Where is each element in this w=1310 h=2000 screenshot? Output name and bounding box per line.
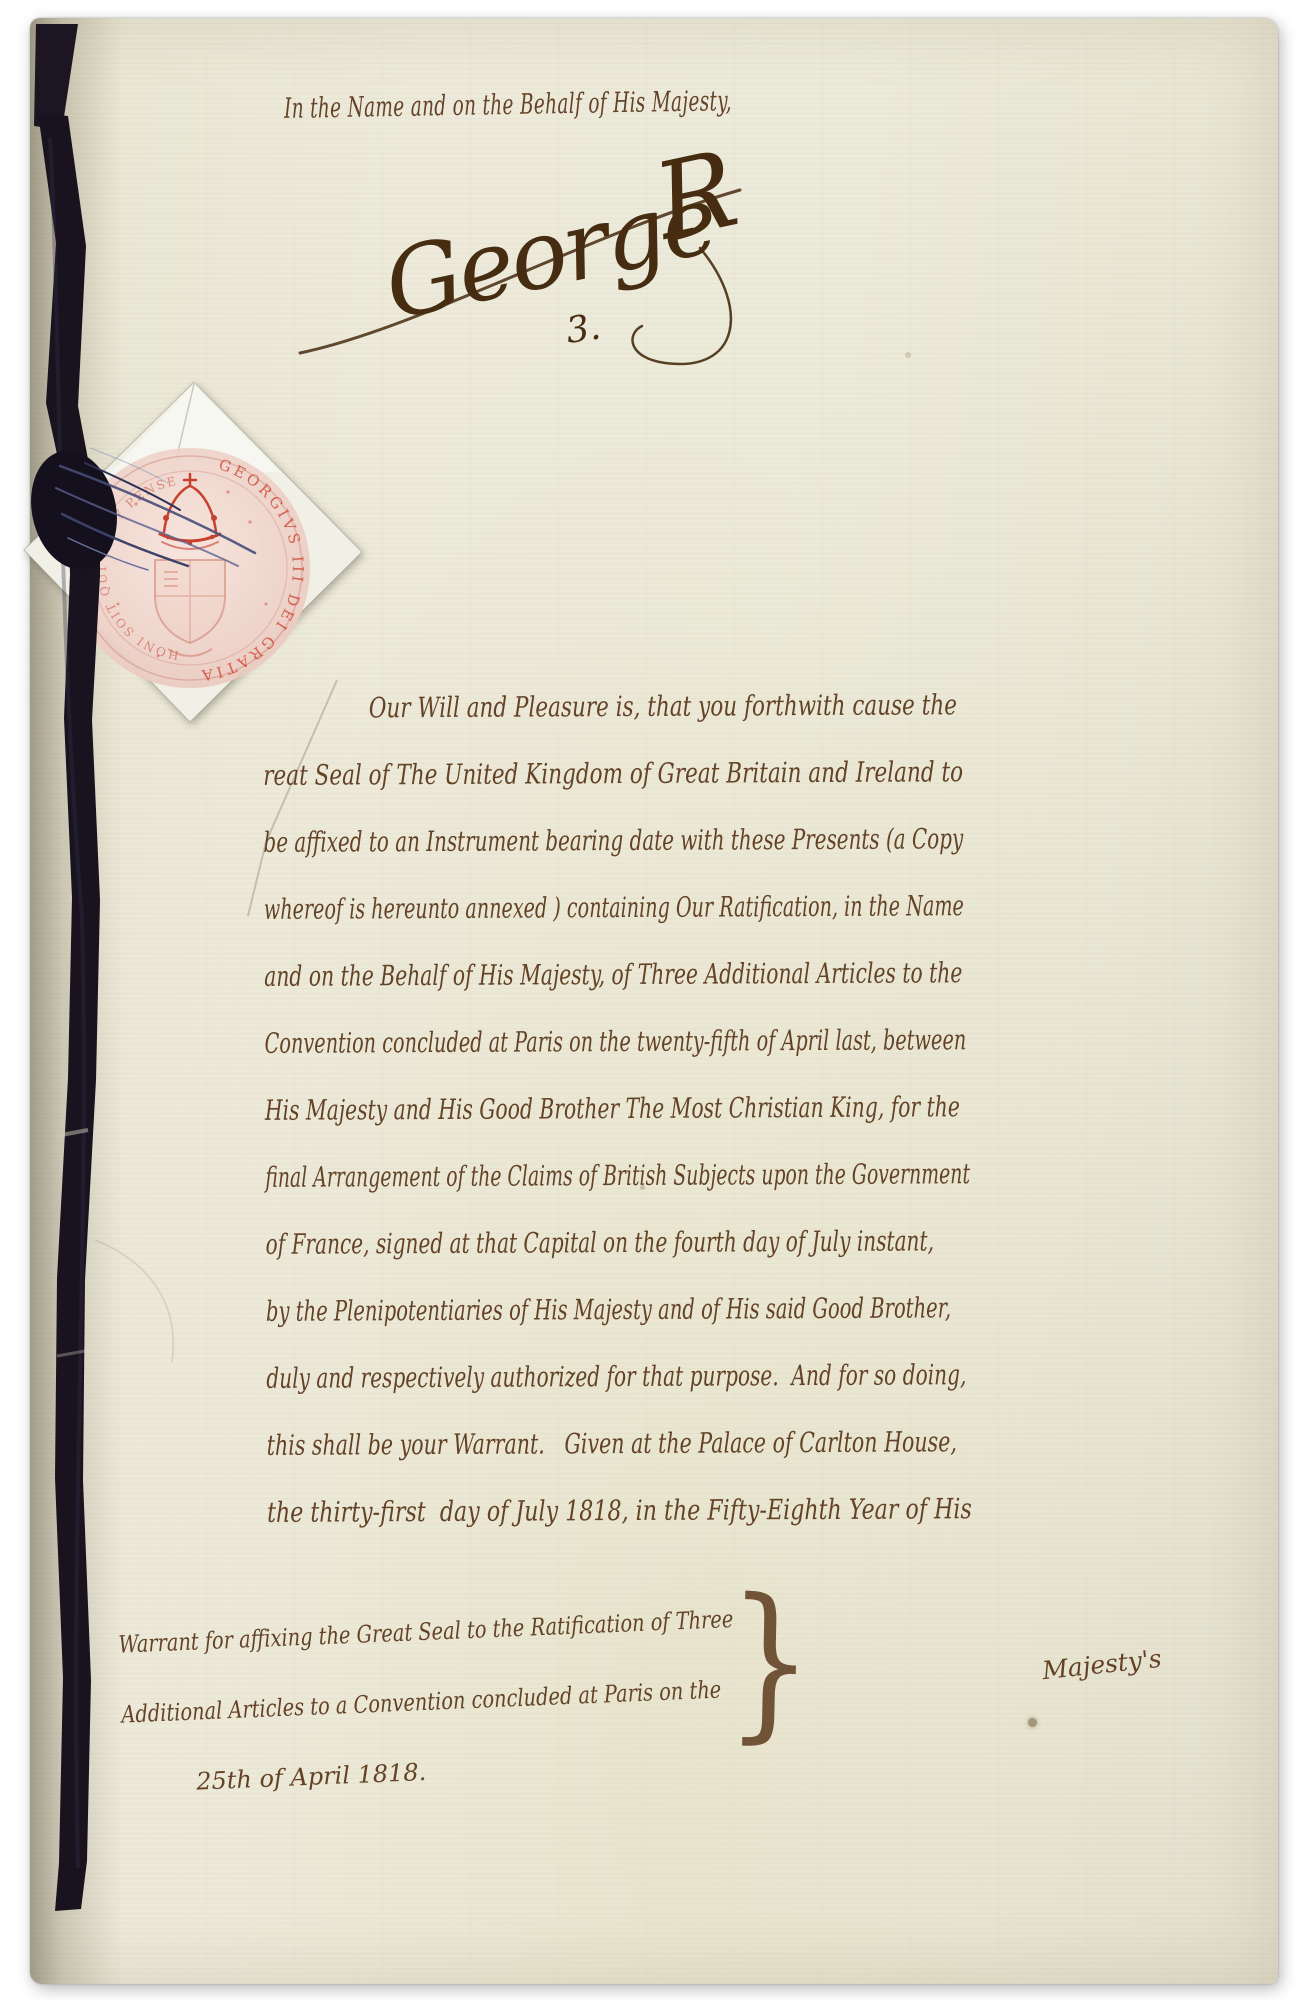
body-line-text: and on the Behalf of His Majesty, of Thr… — [264, 956, 962, 993]
signature-flourish-mark: 3. — [564, 307, 604, 352]
document-photo: GEORGIVS III DEI GRATIA HONI SOIT QUI MA… — [0, 0, 1310, 2000]
body-line-text: of France, signed at that Capital on the… — [266, 1224, 934, 1260]
body-line-text: Convention concluded at Paris on the twe… — [264, 1023, 966, 1060]
body-line: Convention concluded at Paris on the twe… — [264, 1023, 984, 1094]
body-line: by the Plenipotentiaries of His Majesty … — [266, 1291, 986, 1362]
body-line: His Majesty and His Good Brother The Mos… — [265, 1090, 985, 1161]
docket-note: Warrant for affixing the Great Seal to t… — [118, 1601, 826, 1840]
body-line-text: final Arrangement of the Claims of Briti… — [265, 1157, 970, 1194]
body-line-text: His Majesty and His Good Brother The Mos… — [265, 1090, 960, 1127]
crease-line-2 — [95, 1240, 173, 1362]
body-line: Our Will and Pleasure is, that you forth… — [263, 688, 983, 759]
body-line: the thirty-first day of July 1818, in th… — [267, 1492, 987, 1563]
body-line: be affixed to an Instrument bearing date… — [263, 822, 983, 893]
foxing-spot — [905, 352, 911, 358]
body-line: of France, signed at that Capital on the… — [266, 1224, 986, 1295]
body-line-text: be affixed to an Instrument bearing date… — [263, 822, 963, 859]
body-line-text: Our Will and Pleasure is, that you forth… — [369, 688, 957, 724]
royal-sign-manual: George R 3. — [270, 138, 770, 378]
body-line: this shall be your Warrant. Given at the… — [267, 1425, 987, 1496]
docket-brace: } — [725, 1577, 814, 1748]
body-line-text: reat Seal of The United Kingdom of Great… — [263, 755, 963, 792]
body-line-text: duly and respectively authorized for tha… — [266, 1358, 966, 1395]
foxing-spot — [640, 1185, 645, 1190]
body-line-text: the thirty-first day of July 1818, in th… — [267, 1492, 972, 1529]
body-line: final Arrangement of the Claims of Briti… — [265, 1157, 985, 1228]
body-line: reat Seal of The United Kingdom of Great… — [263, 755, 983, 826]
body-line-text: whereof is hereunto annexed ) containing… — [264, 889, 964, 926]
foxing-spot — [1028, 1718, 1037, 1727]
body-line: and on the Behalf of His Majesty, of Thr… — [264, 956, 984, 1027]
body-line: duly and respectively authorized for tha… — [266, 1358, 986, 1429]
body-line-text: by the Plenipotentiaries of His Majesty … — [266, 1291, 951, 1328]
body-line-text: this shall be your Warrant. Given at the… — [267, 1425, 957, 1462]
body-line: whereof is hereunto annexed ) containing… — [264, 889, 984, 960]
warrant-body: Our Will and Pleasure is, that you forth… — [263, 688, 988, 1563]
